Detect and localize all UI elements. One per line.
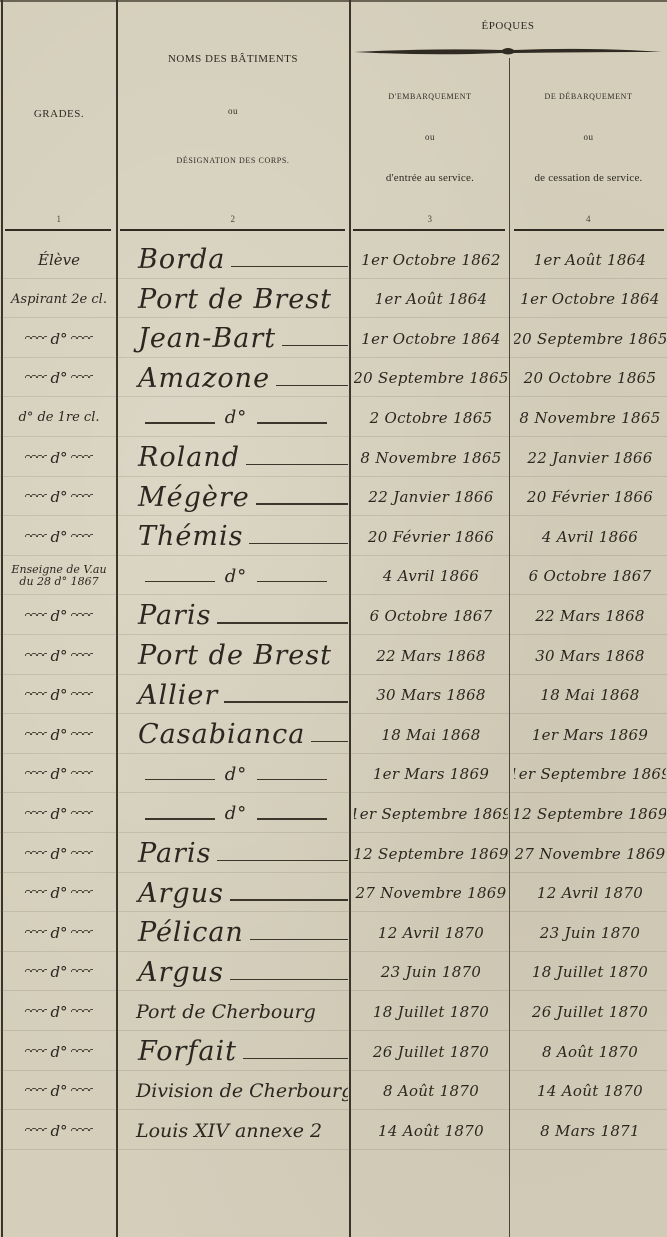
fill-line — [224, 701, 348, 703]
ship-cell: d° — [124, 557, 348, 596]
grade-cell: d° — [4, 676, 114, 715]
ditto-flourish — [71, 732, 93, 738]
ship-cell: d° — [124, 794, 348, 833]
debarquement-date: 27 Novembre 1869 — [514, 834, 666, 873]
ditto-flourish — [25, 1088, 47, 1094]
column-number-1: 1 — [4, 214, 114, 224]
fill-line — [246, 464, 348, 466]
table-row: d°Roland8 Novembre 186522 Janvier 1866 — [0, 438, 667, 477]
embarquement-date: 23 Juin 1870 — [354, 953, 508, 992]
embarquement-date: 1er Septembre 1869 — [354, 794, 508, 833]
fill-line — [250, 939, 348, 941]
ship-name: Forfait — [138, 1036, 237, 1067]
embarquement-date: 1er Mars 1869 — [354, 755, 508, 794]
grade-cell: d° — [4, 359, 114, 398]
top-border — [0, 0, 667, 2]
embarquement-date: 20 Septembre 1865 — [354, 359, 508, 398]
grade-cell: d° — [4, 1032, 114, 1071]
embarquement-date: 6 Octobre 1867 — [354, 596, 508, 635]
fill-line — [230, 899, 348, 901]
table-row: d°Casabianca18 Mai 18681er Mars 1869 — [0, 715, 667, 754]
embarquement-date: 4 Avril 1866 — [354, 557, 508, 596]
embarquement-date: 8 Novembre 1865 — [354, 438, 508, 477]
fill-line — [249, 543, 348, 545]
ditto-flourish — [25, 1009, 47, 1015]
ditto-flourish — [71, 613, 93, 619]
debarquement-date: 4 Avril 1866 — [514, 517, 666, 556]
ditto-dash — [145, 818, 215, 820]
ditto-flourish — [71, 969, 93, 975]
grade-ditto: d° — [50, 647, 67, 665]
ditto-flourish — [71, 771, 93, 777]
ship-name: Port de Brest — [138, 284, 332, 315]
debarquement-date: 1er Septembre 1869 — [514, 755, 666, 794]
grade-cell: d° — [4, 913, 114, 952]
grade-ditto: d° — [50, 845, 67, 863]
ship-cell: Louis XIV annexe 2 — [124, 1111, 348, 1150]
table-row: d°Forfait26 Juillet 18708 Août 1870 — [0, 1032, 667, 1071]
embarquement-date: 18 Mai 1868 — [354, 715, 508, 754]
table-row: d°Allier30 Mars 186818 Mai 1868 — [0, 676, 667, 715]
debarquement-date: 20 Octobre 1865 — [514, 359, 666, 398]
ship-cell: Division de Cherbourg — [124, 1072, 348, 1111]
fill-line — [230, 979, 348, 981]
grade-ditto: d° — [50, 1082, 67, 1100]
grade-cell: d° — [4, 715, 114, 754]
ship-cell: Paris — [124, 596, 348, 635]
ship-ditto: d° — [225, 566, 248, 587]
embarquement-date: 1er Octobre 1862 — [354, 240, 508, 279]
ditto-flourish — [71, 930, 93, 936]
fill-line — [276, 385, 348, 387]
embarquement-date: 12 Septembre 1869 — [354, 834, 508, 873]
ditto-flourish — [71, 534, 93, 540]
table-row: d°Port de Cherbourg18 Juillet 187026 Jui… — [0, 992, 667, 1031]
ditto-flourish — [71, 1049, 93, 1055]
grade-cell: d° — [4, 1072, 114, 1111]
ship-cell: Jean-Bart — [124, 319, 348, 358]
grade-ditto: d° — [50, 686, 67, 704]
ship-cell: Allier — [124, 676, 348, 715]
ditto-flourish — [71, 1128, 93, 1134]
ditto-flourish — [25, 494, 47, 500]
fill-line — [282, 345, 348, 347]
ship-name: Pélican — [138, 917, 244, 948]
debarquement-date: 12 Avril 1870 — [514, 874, 666, 913]
ditto-flourish — [25, 692, 47, 698]
header-designation-corps: DÉSIGNATION DES CORPS. — [118, 156, 348, 165]
grade-cell: d° — [4, 755, 114, 794]
ship-name: Port de Cherbourg — [136, 1001, 316, 1023]
grade-cell: d° — [4, 478, 114, 517]
grade-ditto: d° — [50, 963, 67, 981]
embarquement-date: 26 Juillet 1870 — [354, 1032, 508, 1071]
table-row: d°Paris12 Septembre 186927 Novembre 1869 — [0, 834, 667, 873]
ship-name: Amazone — [138, 363, 270, 394]
ship-name: Mégère — [138, 482, 250, 513]
fill-line — [243, 1058, 348, 1060]
ditto-flourish — [25, 930, 47, 936]
grade-cell: d° — [4, 1111, 114, 1150]
debarquement-date: 8 Mars 1871 — [514, 1111, 666, 1150]
table-row: ÉlèveBorda1er Octobre 18621er Août 1864 — [0, 240, 667, 279]
header-ou: ou — [118, 106, 348, 116]
header-epoques: ÉPOQUES — [352, 20, 664, 32]
ship-cell: Port de Brest — [124, 636, 348, 675]
ditto-flourish — [71, 1009, 93, 1015]
table-row: d°Argus27 Novembre 186912 Avril 1870 — [0, 874, 667, 913]
ship-cell: Port de Cherbourg — [124, 992, 348, 1031]
ditto-flourish — [25, 811, 47, 817]
ship-cell: Thémis — [124, 517, 348, 556]
fill-line — [256, 503, 348, 505]
ship-cell: Port de Brest — [124, 280, 348, 319]
ditto-dash — [257, 818, 327, 820]
ditto-dash — [257, 422, 327, 424]
ditto-flourish — [71, 851, 93, 857]
embarquement-date: 1er Août 1864 — [354, 280, 508, 319]
debarquement-date: 1er Mars 1869 — [514, 715, 666, 754]
debarquement-date: 20 Septembre 1865 — [514, 319, 666, 358]
embarquement-date: 12 Avril 1870 — [354, 913, 508, 952]
embarquement-date: 22 Mars 1868 — [354, 636, 508, 675]
embarquement-date: 2 Octobre 1865 — [354, 398, 508, 437]
ship-name: Casabianca — [138, 719, 305, 750]
ship-cell: Casabianca — [124, 715, 348, 754]
debarquement-date: 30 Mars 1868 — [514, 636, 666, 675]
ditto-flourish — [25, 1128, 47, 1134]
debarquement-date: 22 Janvier 1866 — [514, 438, 666, 477]
header-underline-4 — [514, 229, 664, 231]
ditto-flourish — [25, 336, 47, 342]
column-number-2: 2 — [118, 214, 348, 224]
debarquement-date: 8 Novembre 1865 — [514, 398, 666, 437]
grade-text: d° de 1re cl. — [19, 410, 100, 425]
grade-ditto: d° — [50, 924, 67, 942]
header-underline-3 — [353, 229, 505, 231]
grade-cell: d° — [4, 953, 114, 992]
grade-ditto: d° — [50, 1122, 67, 1140]
grade-ditto: d° — [50, 805, 67, 823]
grade-cell: d° — [4, 596, 114, 635]
epoques-swash-rule — [352, 44, 664, 58]
service-record-page: GRADES. NOMS DES BÂTIMENTS ou DÉSIGNATIO… — [0, 0, 667, 1237]
debarquement-date: 1er Octobre 1864 — [514, 280, 666, 319]
ditto-flourish — [25, 1049, 47, 1055]
table-row: d°Port de Brest22 Mars 186830 Mars 1868 — [0, 636, 667, 675]
column-number-3: 3 — [352, 214, 508, 224]
ditto-dash — [145, 581, 215, 583]
ship-name: Argus — [138, 957, 224, 988]
ditto-flourish — [71, 494, 93, 500]
fill-line — [311, 741, 348, 743]
ditto-flourish — [71, 1088, 93, 1094]
header-entree-service: d'entrée au service. — [352, 172, 508, 184]
header-grades: GRADES. — [4, 108, 114, 120]
ship-ditto: d° — [225, 803, 248, 824]
grade-cell: d° — [4, 992, 114, 1031]
embarquement-date: 27 Novembre 1869 — [354, 874, 508, 913]
table-row: d°Louis XIV annexe 214 Août 18708 Mars 1… — [0, 1111, 667, 1150]
debarquement-date: 8 Août 1870 — [514, 1032, 666, 1071]
ditto-flourish — [25, 653, 47, 659]
grade-date: du 28 d° 1867 — [19, 576, 98, 588]
grade-ditto: d° — [50, 449, 67, 467]
debarquement-date: 22 Mars 1868 — [514, 596, 666, 635]
grade-ditto: d° — [50, 528, 67, 546]
ditto-flourish — [25, 851, 47, 857]
table-row: d°d°1er Mars 18691er Septembre 1869 — [0, 755, 667, 794]
fill-line — [217, 860, 348, 862]
header-noms-batiments: NOMS DES BÂTIMENTS — [118, 53, 348, 65]
grade-ditto: d° — [50, 488, 67, 506]
ship-cell: d° — [124, 398, 348, 437]
ditto-dash — [145, 779, 215, 781]
embarquement-date: 18 Juillet 1870 — [354, 992, 508, 1031]
ship-cell: Argus — [124, 953, 348, 992]
embarquement-date: 14 Août 1870 — [354, 1111, 508, 1150]
header-embarquement: D'EMBARQUEMENT — [352, 92, 508, 101]
debarquement-date: 1er Août 1864 — [514, 240, 666, 279]
ship-name: Port de Brest — [138, 640, 332, 671]
table-row: d°d°1er Septembre 186912 Septembre 1869 — [0, 794, 667, 833]
fill-line — [231, 266, 348, 268]
ship-cell: Roland — [124, 438, 348, 477]
table-row: d°Division de Cherbourg8 Août 187014 Aoû… — [0, 1072, 667, 1111]
ship-name: Paris — [138, 600, 211, 631]
grade-ditto: d° — [50, 330, 67, 348]
ditto-flourish — [25, 534, 47, 540]
grade-cell: Élève — [4, 240, 114, 279]
embarquement-date: 8 Août 1870 — [354, 1072, 508, 1111]
ditto-flourish — [25, 771, 47, 777]
ditto-flourish — [25, 455, 47, 461]
ship-name: Louis XIV annexe 2 — [136, 1120, 322, 1142]
debarquement-date: 20 Février 1866 — [514, 478, 666, 517]
ship-name: Paris — [138, 838, 211, 869]
ship-cell: Borda — [124, 240, 348, 279]
ditto-dash — [257, 581, 327, 583]
table-row: Enseigne de V.audu 28 d° 1867d°4 Avril 1… — [0, 557, 667, 596]
ditto-dash — [257, 779, 327, 781]
debarquement-date: 14 Août 1870 — [514, 1072, 666, 1111]
header-underline-1 — [5, 229, 111, 231]
fill-line — [217, 622, 348, 624]
ship-name: Thémis — [138, 521, 243, 552]
table-row: d°Paris6 Octobre 186722 Mars 1868 — [0, 596, 667, 635]
grade-cell: Enseigne de V.audu 28 d° 1867 — [4, 557, 114, 596]
debarquement-date: 23 Juin 1870 — [514, 913, 666, 952]
debarquement-date: 18 Juillet 1870 — [514, 953, 666, 992]
ditto-flourish — [71, 375, 93, 381]
grade-cell: d° — [4, 636, 114, 675]
grade-ditto: d° — [50, 726, 67, 744]
grade-text: Élève — [38, 251, 80, 269]
grade-cell: d° de 1re cl. — [4, 398, 114, 437]
embarquement-date: 1er Octobre 1864 — [354, 319, 508, 358]
table-row: d°Argus23 Juin 187018 Juillet 1870 — [0, 953, 667, 992]
ship-cell: Mégère — [124, 478, 348, 517]
grade-ditto: d° — [50, 607, 67, 625]
grade-cell: d° — [4, 794, 114, 833]
header-embarquement-ou: ou — [352, 132, 508, 142]
embarquement-date: 30 Mars 1868 — [354, 676, 508, 715]
ditto-flourish — [25, 969, 47, 975]
ship-cell: d° — [124, 755, 348, 794]
ditto-flourish — [25, 890, 47, 896]
ditto-flourish — [71, 890, 93, 896]
ditto-flourish — [71, 653, 93, 659]
ship-cell: Paris — [124, 834, 348, 873]
header-debarquement-ou: ou — [511, 132, 666, 142]
grade-cell: d° — [4, 834, 114, 873]
ditto-flourish — [25, 375, 47, 381]
table-row: d°Pélican12 Avril 187023 Juin 1870 — [0, 913, 667, 952]
table-row: d°Thémis20 Février 18664 Avril 1866 — [0, 517, 667, 556]
header-debarquement: DE DÉBARQUEMENT — [511, 92, 666, 101]
grade-ditto: d° — [50, 884, 67, 902]
header-underline-2 — [120, 229, 345, 231]
ditto-flourish — [71, 692, 93, 698]
grade-ditto: d° — [50, 1003, 67, 1021]
ship-cell: Amazone — [124, 359, 348, 398]
grade-cell: d° — [4, 438, 114, 477]
debarquement-date: 18 Mai 1868 — [514, 676, 666, 715]
debarquement-date: 12 Septembre 1869 — [514, 794, 666, 833]
header-cessation-service: de cessation de service. — [511, 172, 666, 184]
grade-cell: Aspirant 2e cl. — [4, 280, 114, 319]
grade-cell: d° — [4, 319, 114, 358]
ship-cell: Forfait — [124, 1032, 348, 1071]
ditto-flourish — [25, 732, 47, 738]
table-row: d° de 1re cl.d°2 Octobre 18658 Novembre … — [0, 398, 667, 437]
grade-ditto: d° — [50, 765, 67, 783]
table-row: d°Jean-Bart1er Octobre 186420 Septembre … — [0, 319, 667, 358]
ditto-dash — [145, 422, 215, 424]
ditto-flourish — [71, 811, 93, 817]
table-row: Aspirant 2e cl.Port de Brest1er Août 186… — [0, 280, 667, 319]
ship-cell: Pélican — [124, 913, 348, 952]
column-number-4: 4 — [511, 214, 666, 224]
ship-ditto: d° — [225, 407, 248, 428]
ship-name: Roland — [138, 442, 240, 473]
ship-name: Division de Cherbourg — [136, 1080, 348, 1102]
ship-name: Borda — [138, 244, 225, 275]
table-row: d°Amazone20 Septembre 186520 Octobre 186… — [0, 359, 667, 398]
grade-cell: d° — [4, 874, 114, 913]
embarquement-date: 22 Janvier 1866 — [354, 478, 508, 517]
table-row: d°Mégère22 Janvier 186620 Février 1866 — [0, 478, 667, 517]
ship-ditto: d° — [225, 764, 248, 785]
grade-cell: d° — [4, 517, 114, 556]
ship-name: Jean-Bart — [138, 323, 276, 354]
debarquement-date: 26 Juillet 1870 — [514, 992, 666, 1031]
grade-ditto: d° — [50, 1043, 67, 1061]
debarquement-date: 6 Octobre 1867 — [514, 557, 666, 596]
ship-cell: Argus — [124, 874, 348, 913]
grade-ditto: d° — [50, 369, 67, 387]
ditto-flourish — [71, 336, 93, 342]
ship-name: Argus — [138, 878, 224, 909]
ditto-flourish — [25, 613, 47, 619]
grade-text: Aspirant 2e cl. — [11, 292, 107, 307]
embarquement-date: 20 Février 1866 — [354, 517, 508, 556]
ditto-flourish — [71, 455, 93, 461]
ship-name: Allier — [138, 680, 218, 711]
